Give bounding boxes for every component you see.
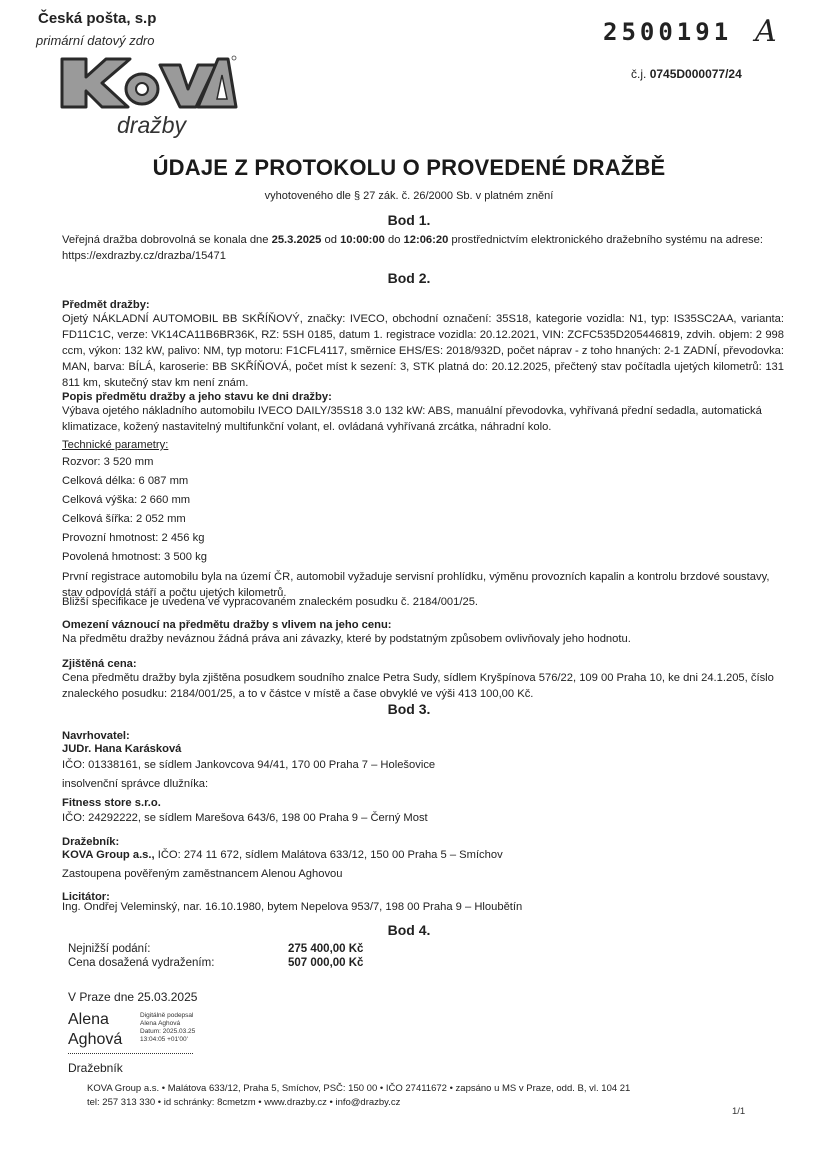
subject-label-text: Předmět dražby: <box>62 299 150 311</box>
restrictions-text: Na předmětu dražby neváznou žádná práva … <box>62 631 784 647</box>
footer-line1: KOVA Group a.s. • Malátova 633/12, Praha… <box>87 1083 630 1094</box>
bod1-text-part: do <box>385 234 404 246</box>
bod3-heading: Bod 3. <box>0 701 818 717</box>
subject-text: Ojetý NÁKLADNÍ AUTOMOBIL BB SKŘÍŇOVÝ, zn… <box>62 311 784 391</box>
bod2-heading: Bod 2. <box>0 270 818 286</box>
price-text: Cena předmětu dražby byla zjištěna posud… <box>62 670 784 702</box>
tech-params-label-text: Technické parametry: <box>62 439 168 451</box>
restrictions-label-text: Omezení váznoucí na předmětu dražby s vl… <box>62 619 392 631</box>
bod1-text-part: Veřejná dražba dobrovolná se konala dne <box>62 234 272 246</box>
licitator-text: Ing. Ondřej Veleminský, nar. 16.10.1980,… <box>62 899 784 915</box>
kova-logo <box>58 55 238 113</box>
tech-param-item: Povolená hmotnost: 3 500 kg <box>62 551 207 563</box>
auctioneer-representative: Zastoupena pověřeným zaměstnancem Alenou… <box>62 866 784 882</box>
bod1-text-part: prostřednictvím elektronického dražebníh… <box>448 234 763 246</box>
auctioneer-name: KOVA Group a.s., <box>62 849 155 861</box>
digital-signature-meta: Digitálně podepsal Alena Aghová Datum: 2… <box>140 1012 195 1044</box>
tech-param-item: Celková výška: 2 660 mm <box>62 494 190 506</box>
proposer-name: JUDr. Hana Karásková <box>62 741 784 757</box>
final-price-value: 507 000,00 Kč <box>288 957 363 969</box>
tech-params-label: Technické parametry: <box>62 437 784 453</box>
tech-param-item: Celková délka: 6 087 mm <box>62 475 188 487</box>
bod4-heading: Bod 4. <box>0 922 818 938</box>
spec-text: Bližší specifikace je uvedena ve vypraco… <box>62 594 784 610</box>
bod1-text-part: od <box>321 234 340 246</box>
page-title: ÚDAJE Z PROTOKOLU O PROVEDENÉ DRAŽBĚ <box>0 155 818 181</box>
tech-param-item: Rozvor: 3 520 mm <box>62 456 153 468</box>
footer-line2: tel: 257 313 330 • id schránky: 8cmetzm … <box>87 1097 400 1108</box>
bod1-heading: Bod 1. <box>0 212 818 228</box>
signature-line <box>68 1053 193 1054</box>
description-text: Výbava ojetého nákladního automobilu IVE… <box>62 403 784 435</box>
signature-meta-line: Digitálně podepsal <box>140 1012 195 1020</box>
signature-meta-line: 13:04:05 +01'00' <box>140 1036 195 1044</box>
signature-role: Dražebník <box>68 1061 123 1075</box>
debtor-address: IČO: 24292222, se sídlem Marešova 643/6,… <box>62 810 784 826</box>
debtor-name: Fitness store s.r.o. <box>62 795 784 811</box>
logo-subtitle: dražby <box>117 112 186 139</box>
document-number: 2500191 <box>603 18 732 46</box>
tech-param-item: Celková šířka: 2 052 mm <box>62 513 186 525</box>
price-label-text: Zjištěná cena: <box>62 658 137 670</box>
auctioneer-address: IČO: 274 11 672, sídlem Malátova 633/12,… <box>155 849 503 861</box>
page-subtitle: vyhotoveného dle § 27 zák. č. 26/2000 Sb… <box>0 190 818 202</box>
lowest-bid-value: 275 400,00 Kč <box>288 943 363 955</box>
reference-number: č.j. 0745D000077/24 <box>631 67 742 81</box>
reference-label: č.j. <box>631 67 646 81</box>
proposer-name-text: JUDr. Hana Karásková <box>62 743 181 755</box>
postal-stamp-line1: Česká pošta, s.p <box>38 10 156 27</box>
description-label-text: Popis předmětu dražby a jeho stavu ke dn… <box>62 391 332 403</box>
reference-value: 0745D000077/24 <box>650 67 742 81</box>
auction-date: 25.3.2025 <box>272 234 322 246</box>
place-date: V Praze dne 25.03.2025 <box>68 990 197 1004</box>
final-price-label: Cena dosažená vydražením: <box>68 957 214 969</box>
signature-meta-line: Datum: 2025.03.25 <box>140 1028 195 1036</box>
debtor-name-text: Fitness store s.r.o. <box>62 797 161 809</box>
lowest-bid-label: Nejnižší podání: <box>68 943 150 955</box>
auction-time-to: 12:06:20 <box>404 234 449 246</box>
auction-time-from: 10:00:00 <box>340 234 385 246</box>
bod1-text: Veřejná dražba dobrovolná se konala dne … <box>62 232 784 264</box>
signature-first-name: Alena <box>68 1011 109 1029</box>
handwritten-mark: A <box>755 14 777 49</box>
page-number: 1/1 <box>732 1106 745 1117</box>
auctioneer-info: KOVA Group a.s., IČO: 274 11 672, sídlem… <box>62 847 784 863</box>
postal-stamp-line2: primární datový zdro <box>36 33 155 48</box>
tech-param-item: Provozní hmotnost: 2 456 kg <box>62 532 204 544</box>
proposer-role: insolvenční správce dlužníka: <box>62 776 784 792</box>
proposer-address: IČO: 01338161, se sídlem Jankovcova 94/4… <box>62 757 784 773</box>
signature-last-name: Aghová <box>68 1031 122 1049</box>
auction-url-link[interactable]: https://exdrazby.cz/drazba/15471 <box>62 250 226 262</box>
signature-meta-line: Alena Aghová <box>140 1020 195 1028</box>
